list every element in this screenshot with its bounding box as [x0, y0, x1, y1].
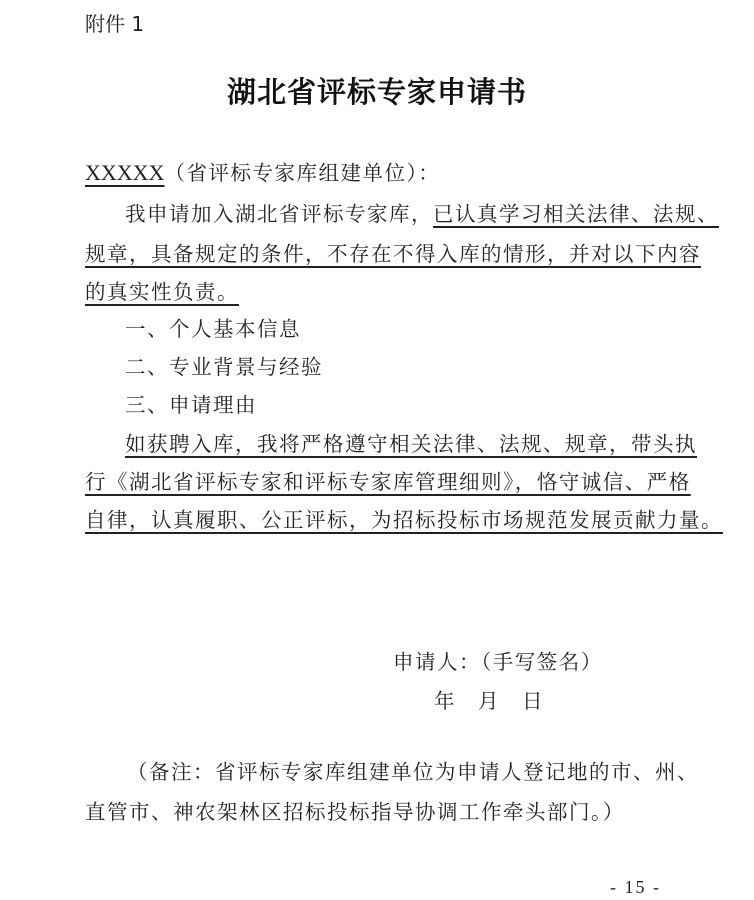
date-month: 月 — [478, 689, 500, 713]
addressee-line: XXXXX（省评标专家库组建单位）： — [85, 156, 440, 186]
section-heading-personal-info: 一、个人基本信息 — [125, 312, 301, 342]
addressee-suffix: （省评标专家库组建单位）： — [164, 161, 440, 185]
paragraph1-line2: 规章，具备规定的条件，不存在不得入库的情形，并对以下内容 — [85, 237, 701, 267]
paragraph1-line1-underlined: 已认真学习相关法律、法规、 — [433, 202, 719, 226]
note-line2: 直管市、神农架林区招标投标指导协调工作牵头部门。） — [85, 795, 625, 825]
date-day: 日 — [522, 689, 544, 713]
note-line1: （备注：省评标专家库组建单位为申请人登记地的市、州、 — [127, 755, 699, 785]
paragraph2-line1: 如获聘入库，我将严格遵守相关法律、法规、规章，带头执 — [125, 427, 697, 457]
section-heading-reason: 三、申请理由 — [125, 388, 257, 418]
document-title: 湖北省评标专家申请书 — [0, 70, 754, 111]
paragraph2-line3: 自律，认真履职、公正评标，为招标投标市场规范发展贡献力量。 — [85, 503, 723, 533]
section-heading-background: 二、专业背景与经验 — [125, 350, 323, 380]
date-year: 年 — [434, 689, 456, 713]
paragraph2-line2: 行《湖北省评标专家和评标专家库管理细则》，恪守诚信、严格 — [85, 465, 691, 495]
applicant-signature-label: 申请人：（手写签名） — [393, 645, 603, 675]
paragraph1-line3: 的真实性负责。 — [85, 275, 239, 305]
paragraph1-line1-plain: 我申请加入湖北省评标专家库， — [125, 202, 433, 226]
page-number: - 15 - — [610, 877, 661, 898]
addressee-placeholder: XXXXX — [85, 160, 164, 185]
attachment-label: 附件 1 — [85, 8, 144, 37]
paragraph1-line1: 我申请加入湖北省评标专家库，已认真学习相关法律、法规、 — [125, 197, 719, 227]
signature-date: 年月日 — [434, 684, 566, 714]
